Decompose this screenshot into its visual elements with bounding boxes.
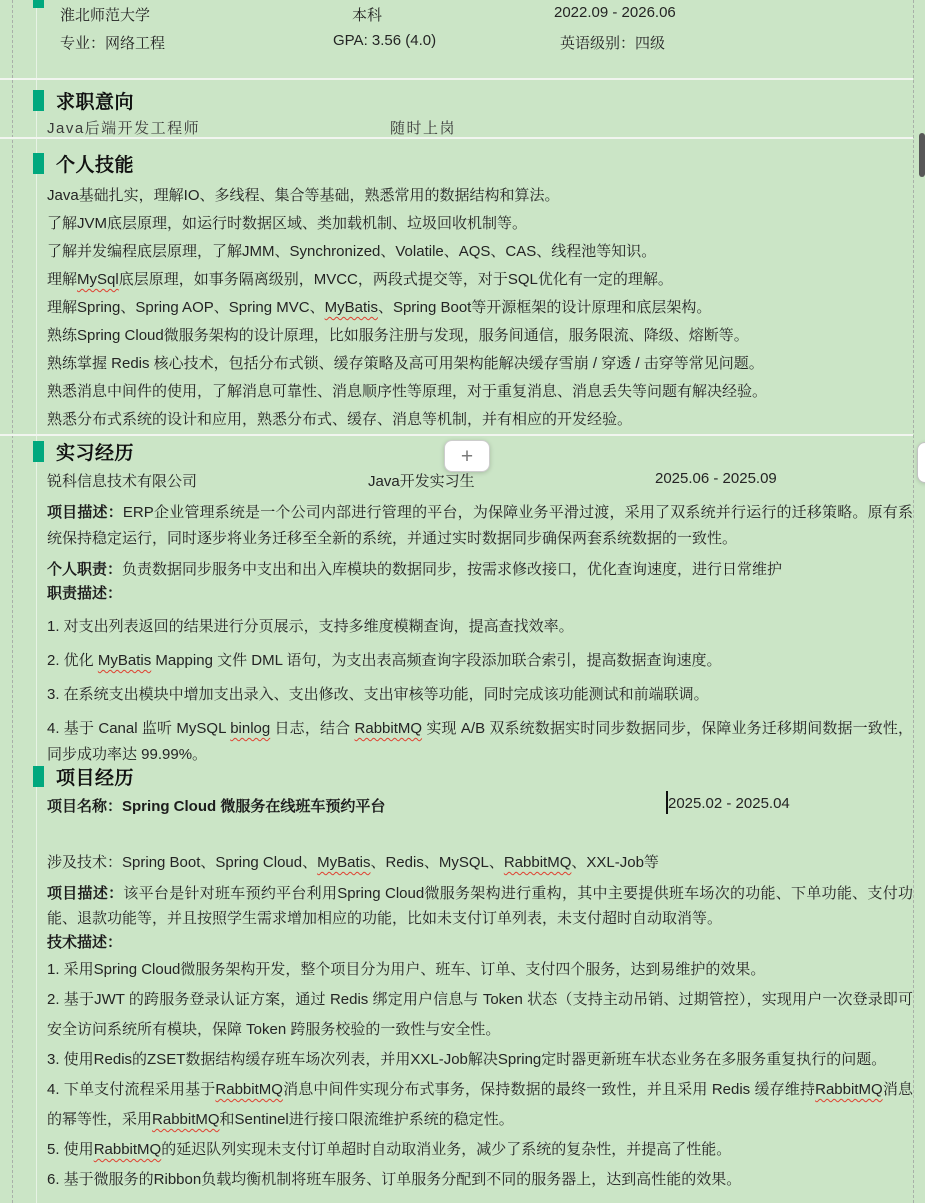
field-text: ERP企业管理系统是一个公司内部进行管理的平台，为保障业务平滑过渡，采用了双系统… [47, 504, 913, 547]
tech-item: 1. 采用Spring Cloud微服务架构开发，整个项目分为用户、班车、订单、… [36, 955, 913, 985]
field-label: 涉及技术： [47, 854, 122, 871]
field-text: Spring Boot、Spring Cloud、MyBatis、Redis、M… [122, 854, 659, 871]
availability: 随时上岗 [390, 117, 456, 138]
english-level: 英语级别：四级 [560, 32, 665, 53]
duty-item: 3. 在系统支出模块中增加支出录入、支出修改、支出审核等功能，同时完成该功能测试… [36, 682, 913, 708]
text-cursor-caret [666, 791, 668, 814]
skill-item: 了解JVM底层原理，如运行时数据区域、类加载机制、垃圾回收机制等。 [36, 210, 913, 238]
field-label: 个人职责： [47, 561, 122, 578]
field-label: 项目描述： [47, 885, 123, 902]
education-section[interactable]: 淮北师范大学 本科 2022.09 - 2026.06 专业：网络工程 GPA:… [36, 0, 913, 24]
job-role: Java开发实习生 [368, 470, 475, 491]
tech-description-label[interactable]: 技术描述： [36, 931, 913, 955]
project-name: 项目名称：Spring Cloud 微服务在线班车预约平台 [47, 795, 385, 816]
section-title: 实习经历 [56, 438, 134, 465]
scrollbar-thumb[interactable] [919, 133, 925, 177]
internship-period: 2025.06 - 2025.09 [655, 470, 777, 487]
skill-item: 了解并发编程底层原理，了解JMM、Synchronized、Volatile、A… [36, 238, 913, 266]
degree: 本科 [352, 4, 382, 25]
field-text: 负责数据同步服务中支出和出入库模块的数据同步，按需求修改接口，优化查询速度，进行… [122, 561, 782, 578]
company-name: 锐科信息技术有限公司 [47, 470, 197, 491]
tech-list[interactable]: 1. 采用Spring Cloud微服务架构开发，整个项目分为用户、班车、订单、… [36, 955, 913, 1195]
project-section[interactable]: 项目经历 项目名称：Spring Cloud 微服务在线班车预约平台 2025.… [36, 763, 913, 1195]
resume-editor-page: 淮北师范大学 本科 2022.09 - 2026.06 专业：网络工程 GPA:… [0, 0, 925, 1203]
internship-project-description[interactable]: 项目描述：ERP企业管理系统是一个公司内部进行管理的平台，为保障业务平滑过渡，采… [36, 500, 913, 552]
target-position: Java后端开发工程师 [47, 117, 200, 138]
section-title: 求职意向 [56, 87, 134, 114]
school-name: 淮北师范大学 [60, 4, 150, 25]
gpa: GPA: 3.56 (4.0) [333, 32, 436, 49]
project-header: 项目经历 [36, 763, 913, 789]
education-row-1[interactable]: 淮北师范大学 本科 2022.09 - 2026.06 [36, 4, 913, 28]
major: 专业：网络工程 [60, 32, 165, 53]
section-separator [0, 434, 913, 436]
section-accent-bar-icon [33, 766, 44, 787]
duty-item: 4. 基于 Canal 监听 MySQL binlog 日志，结合 Rabbit… [36, 716, 913, 768]
skill-item: 熟练掌握 Redis 核心技术，包括分布式锁、缓存策略及高可用架构能解决缓存雪崩… [36, 350, 913, 378]
tech-item: 5. 使用RabbitMQ的延迟队列实现未支付订单超时自动取消业务，减少了系统的… [36, 1135, 913, 1165]
job-intention-header: 求职意向 [36, 87, 913, 113]
section-accent-bar-icon [33, 441, 44, 462]
side-toolbar-button[interactable] [917, 442, 925, 483]
page-margin-guide-left [12, 0, 13, 1203]
tech-item: 6. 基于微服务的Ribbon负载均衡机制将班车服务、订单服务分配到不同的服务器… [36, 1165, 913, 1195]
skill-item: Java基础扎实，理解IO、多线程、集合等基础，熟悉常用的数据结构和算法。 [36, 182, 913, 210]
education-period: 2022.09 - 2026.06 [554, 4, 676, 21]
duty-item: 2. 优化 MyBatis Mapping 文件 DML 语句，为支出表高频查询… [36, 648, 913, 674]
skill-item: 理解MySql底层原理，如事务隔离级别，MVCC，两段式提交等，对于SQL优化有… [36, 266, 913, 294]
tech-item: 2. 基于JWT 的跨服务登录认证方案，通过 Redis 绑定用户信息与 Tok… [36, 985, 913, 1045]
duty-item: 1. 对支出列表返回的结果进行分页展示，支持多维度模糊查询，提高查找效率。 [36, 614, 913, 640]
project-description[interactable]: 项目描述：该平台是针对班车预约平台利用Spring Cloud微服务架构进行重构… [36, 881, 913, 931]
skill-item: 熟悉分布式系统的设计和应用，熟悉分布式、缓存、消息等机制，并有相应的开发经验。 [36, 406, 913, 434]
job-intention-row[interactable]: Java后端开发工程师 随时上岗 [36, 117, 913, 141]
section-accent-bar-icon [33, 90, 44, 111]
skill-item: 熟练Spring Cloud微服务架构的设计原理，比如服务注册与发现，服务间通信… [36, 322, 913, 350]
education-row-2[interactable]: 专业：网络工程 GPA: 3.56 (4.0) 英语级别：四级 [36, 32, 913, 56]
add-module-button[interactable]: + [444, 440, 490, 472]
duty-description-label[interactable]: 职责描述： [36, 582, 913, 606]
field-label: 项目描述： [47, 504, 123, 521]
tech-item: 3. 使用Redis的ZSET数据结构缓存班车场次列表，并用XXL-Job解决S… [36, 1045, 913, 1075]
job-intention-section[interactable]: 求职意向 Java后端开发工程师 随时上岗 [36, 87, 913, 113]
tech-item: 4. 下单支付流程采用基于RabbitMQ消息中间件实现分布式事务，保持数据的最… [36, 1075, 913, 1135]
page-margin-guide-right [913, 0, 914, 1203]
internship-info-row[interactable]: 锐科信息技术有限公司 Java开发实习生 2025.06 - 2025.09 [36, 470, 913, 494]
project-period: 2025.02 - 2025.04 [668, 795, 790, 812]
skill-item: 理解Spring、Spring AOP、Spring MVC、MyBatis、S… [36, 294, 913, 322]
project-name-row[interactable]: 项目名称：Spring Cloud 微服务在线班车预约平台 2025.02 - … [36, 795, 913, 819]
section-title: 项目经历 [56, 763, 134, 790]
personal-duty[interactable]: 个人职责：负责数据同步服务中支出和出入库模块的数据同步，按需求修改接口，优化查询… [36, 558, 913, 582]
skills-section[interactable]: 个人技能 Java基础扎实，理解IO、多线程、集合等基础，熟悉常用的数据结构和算… [36, 150, 913, 434]
section-accent-bar-icon [33, 153, 44, 174]
skills-list[interactable]: Java基础扎实，理解IO、多线程、集合等基础，熟悉常用的数据结构和算法。 了解… [36, 182, 913, 434]
internship-section[interactable]: 实习经历 锐科信息技术有限公司 Java开发实习生 2025.06 - 2025… [36, 438, 913, 768]
project-tech-row[interactable]: 涉及技术：Spring Boot、Spring Cloud、MyBatis、Re… [36, 851, 913, 875]
section-title: 个人技能 [56, 150, 134, 177]
duty-list[interactable]: 1. 对支出列表返回的结果进行分页展示，支持多维度模糊查询，提高查找效率。 2.… [36, 614, 913, 768]
skill-item: 熟悉消息中间件的使用，了解消息可靠性、消息顺序性等原理，对于重复消息、消息丢失等… [36, 378, 913, 406]
skills-header: 个人技能 [36, 150, 913, 176]
field-text: 该平台是针对班车预约平台利用Spring Cloud微服务架构进行重构，其中主要… [47, 885, 913, 927]
section-separator [0, 78, 913, 80]
